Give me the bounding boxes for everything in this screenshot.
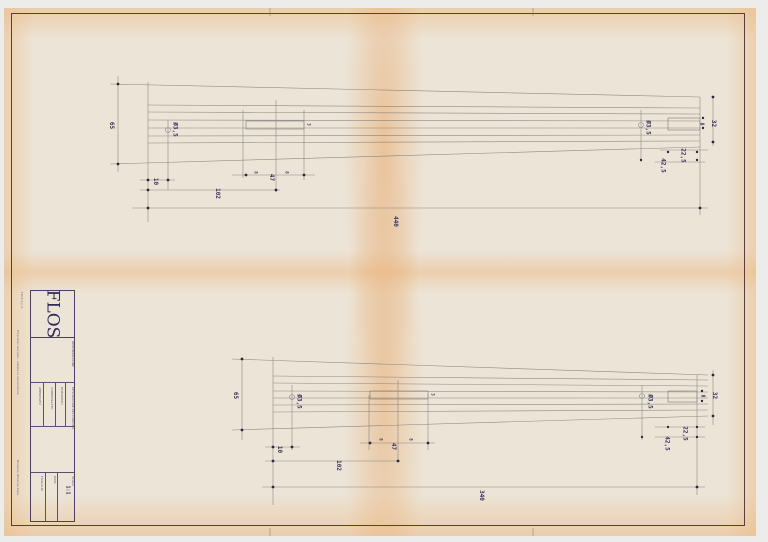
field-label: DATA [53, 476, 57, 484]
side-note-2: Proprietà riservata - vietata la riprodu… [16, 330, 20, 395]
side-note-1: FLOS S.p.A. [20, 292, 24, 309]
dim-top-hole-left: Ø3,5 [172, 122, 179, 136]
dim-top-right-a: 22,5 [680, 148, 687, 162]
title-cell-signatures: DESCRIZIONE DEL DISEGNO DISEGNATO CONTRO… [31, 383, 74, 427]
dim-top-offset-mid: 102 [214, 188, 221, 199]
brand-logo: FLOS [31, 291, 74, 338]
dim-bottom-right-b: 42,5 [664, 436, 671, 450]
title-cell-description [31, 427, 74, 473]
field-label: DISEGNATO [60, 387, 64, 405]
field-label: DESCRIZIONE DEL DISEGNO [71, 387, 75, 429]
dim-top-slot-height: 3 [307, 123, 312, 125]
dim-bottom-slot-pos: 47 [390, 443, 397, 450]
technical-drawing [0, 0, 768, 542]
dim-top-slot-pos: 47 [268, 174, 275, 181]
title-cell-denominazione: DENOMINAZIONE [31, 337, 74, 383]
dim-bottom-right-slot: 8 [700, 394, 706, 397]
scale-value: 1:1 [65, 485, 71, 494]
field-label: SCALA [71, 476, 75, 486]
dim-bottom-offset-mid: 102 [335, 460, 342, 471]
field-label: DENOMINAZIONE [71, 341, 75, 367]
dim-bottom-offset-small: 10 [276, 446, 283, 453]
dim-top-right-height: 32 [710, 120, 717, 127]
dim-bottom-slot-height: 3 [431, 393, 436, 395]
dim-top-right-slot: 8 [699, 122, 705, 125]
dim-bottom-hole-right: Ø3,5 [647, 394, 654, 408]
dim-top-slot-a: 8 [254, 171, 259, 173]
dim-top-offset-small: 10 [152, 178, 159, 185]
field-label: CONTROLLATO [50, 387, 54, 409]
dim-bottom-right-height: 32 [711, 392, 718, 399]
brand-logo-text: FLOS [43, 290, 63, 339]
field-label: FOGLIO N. [40, 476, 44, 491]
bottom-part-drawing [232, 357, 713, 505]
dim-top-overall-length: 440 [392, 216, 399, 227]
dim-bottom-slot-b: 8 [409, 438, 414, 440]
side-note-3: Bovezzo (Brescia) Italia [16, 460, 20, 495]
dim-top-hole-right: Ø3,5 [645, 120, 652, 134]
dim-top-right-b: 42,5 [660, 158, 667, 172]
top-part-drawing [110, 76, 713, 222]
field-label: APPROVATO [38, 387, 42, 405]
dim-top-height: 65 [108, 122, 115, 129]
dim-bottom-right-a: 22,5 [682, 426, 689, 440]
title-block: FLOS DENOMINAZIONE DESCRIZIONE DEL DISEG… [30, 290, 75, 522]
dim-top-slot-b: 8 [285, 171, 290, 173]
dim-bottom-height: 65 [232, 392, 239, 399]
dim-bottom-overall-length: 340 [478, 490, 485, 501]
dim-bottom-hole-left: Ø3,5 [296, 394, 303, 408]
dim-bottom-slot-a: 8 [379, 438, 384, 440]
title-cell-scale-date: SCALA 1:1 DATA FOGLIO N. [31, 473, 74, 521]
